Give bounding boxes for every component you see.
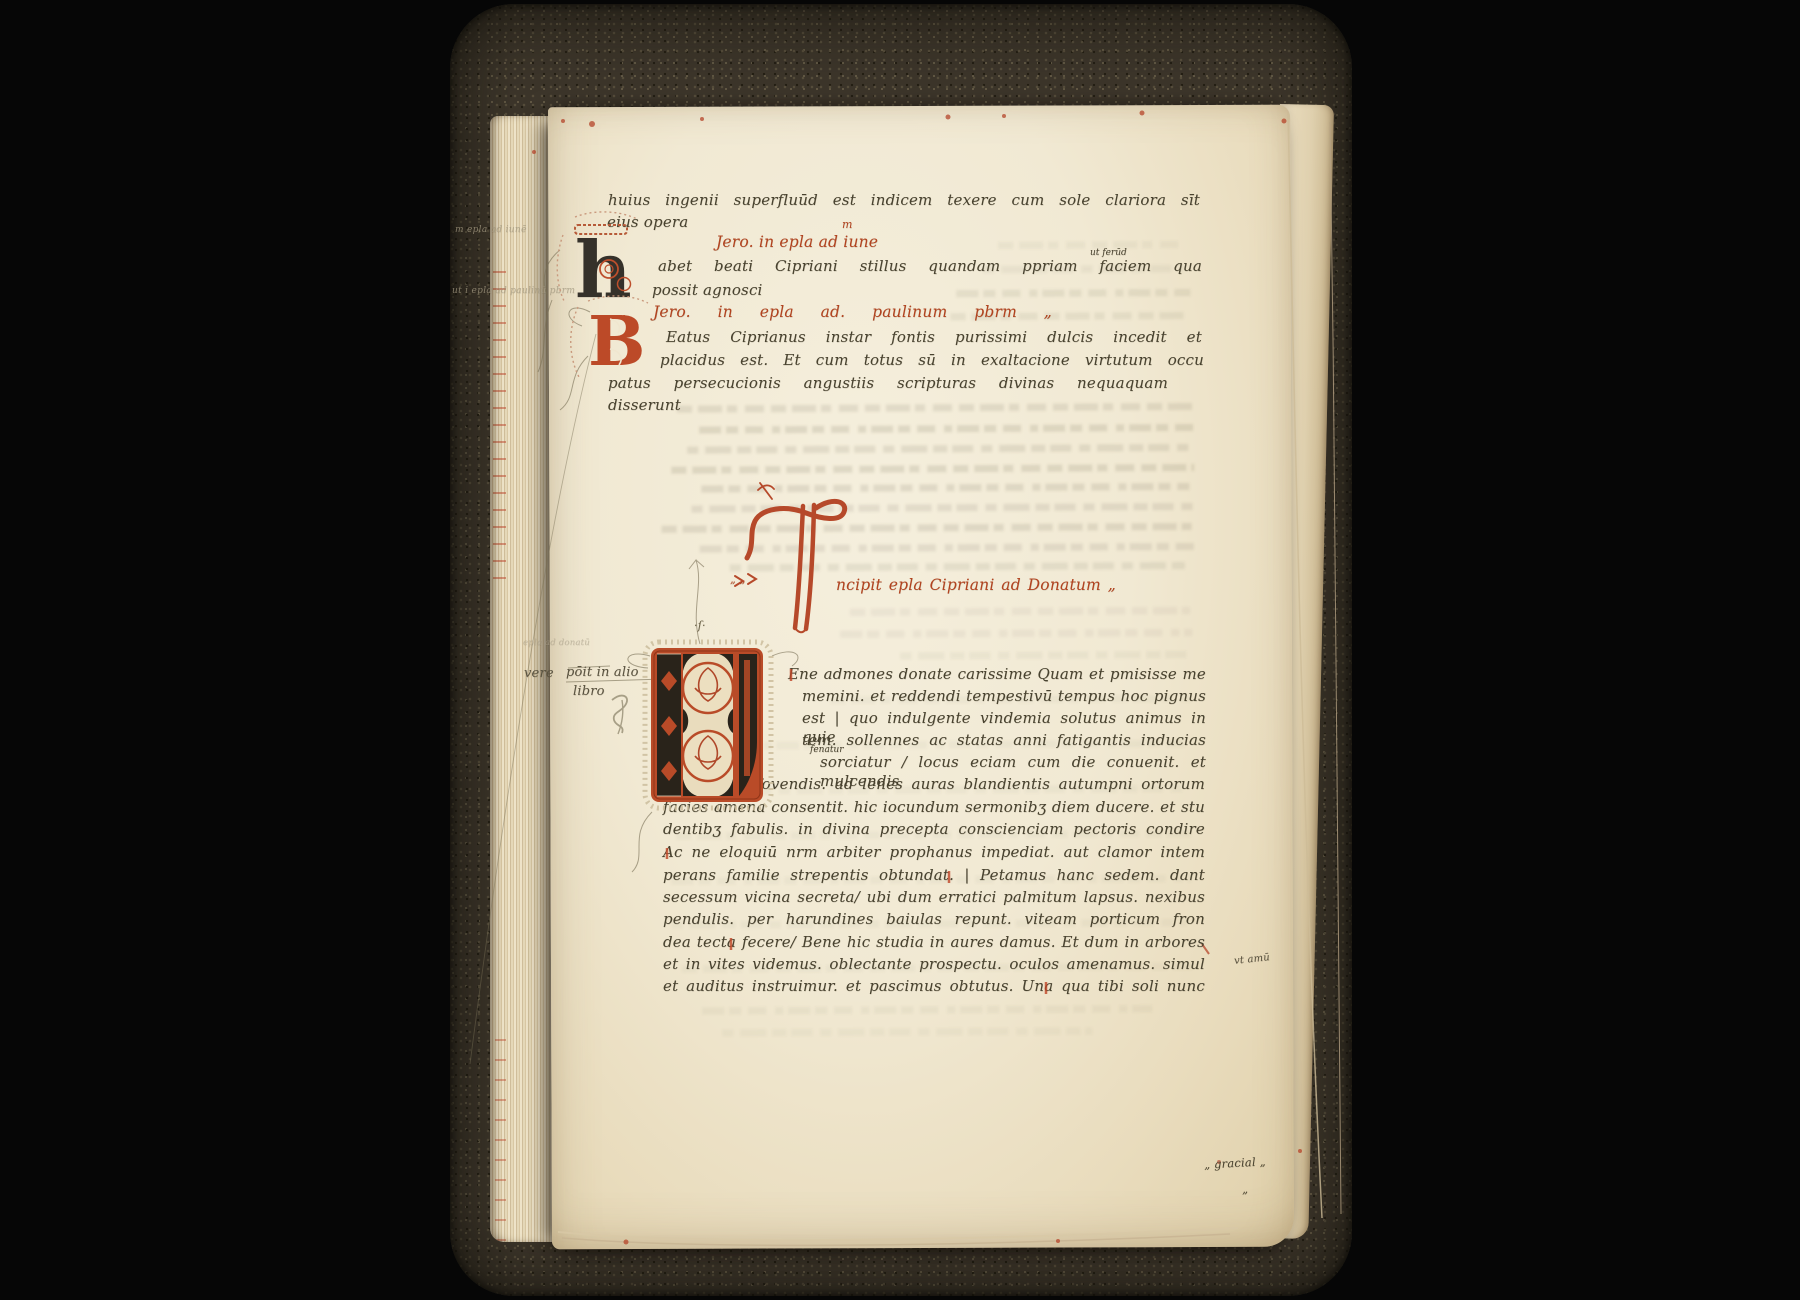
text-line: disserunt (608, 396, 681, 415)
text-line: tem. sollennes ac statas anni fatigantis… (802, 731, 1206, 751)
excerpt-line: huius ingenii superfluūd est indicem tex… (608, 191, 1200, 211)
margin-note-ponit: pōit in alio (566, 663, 639, 682)
text-line: et in vites videmus. oblectante prospect… (663, 955, 1205, 975)
illuminated-initial-grand (643, 636, 778, 821)
text-line: possit agnosci (652, 281, 763, 300)
text-line: pendulis. per harundines baiulas repunt.… (663, 910, 1205, 930)
text-line: Ene admones donate carissime Quam et pmi… (788, 665, 1206, 685)
text-line: est | quo indulgente vindemia solutus an… (802, 709, 1206, 729)
text-line: sorciatur / locus eciam cum die conuenit… (820, 753, 1206, 773)
margin-note-libro: libro (573, 682, 605, 701)
text-line: dentibʒ fabulis. in divina precepta cons… (663, 820, 1205, 840)
illuminated-initial-b: B (558, 293, 668, 393)
text-line: perans familie strepentis obtundat. | Pe… (663, 866, 1205, 886)
text-line: Ac ne eloquiū nrm arbiter prophanus impe… (663, 843, 1205, 863)
flourish-mark: ·ſ· (694, 616, 706, 635)
rubric-marks: „ „ (730, 570, 746, 589)
photograph-canvas: { "document_type": "Illuminated medieval… (0, 0, 1800, 1300)
text-line: secessum vicina secreta/ ubi dum erratic… (663, 888, 1205, 908)
text-line: memini. et reddendi tempestivū tempus ho… (802, 687, 1206, 707)
rubric-jerome-1: Jero. in epla ad iune (716, 233, 878, 252)
rubric-incipit: ncipit epla Cipriani ad Donatum „ (836, 576, 1116, 596)
interlinear-gloss: ut ferūd (1090, 244, 1127, 263)
text-line: placidus est. Et cum totus sū in exaltac… (660, 351, 1204, 371)
rubric-jerome-2: „ Jero. in epla ad. paulinum pbrm „ (618, 303, 1052, 323)
text-line: Eatus Ciprianus instar fontis purissimi … (666, 328, 1202, 348)
text-line: dea tecta fecere/ Bene hic studia in aur… (663, 933, 1205, 953)
margin-note-vere: vere (524, 664, 554, 683)
paraph-mark: m (842, 215, 853, 234)
text-line: patus persecucionis angustiis scripturas… (608, 374, 1168, 394)
margin-note-bottom-right: „ gracial „ (1204, 1152, 1267, 1174)
margin-note-right: vt amū (1233, 948, 1271, 971)
svg-text:B: B (588, 302, 645, 382)
margin-note-top-1: m epla ad iunē (455, 221, 527, 240)
text-line: et auditus instruimur. et pascimus obtut… (663, 977, 1205, 997)
margin-note-bottom-right-mark: „ (1242, 1180, 1249, 1199)
margin-note-guide: epla ad donatū (523, 634, 590, 653)
